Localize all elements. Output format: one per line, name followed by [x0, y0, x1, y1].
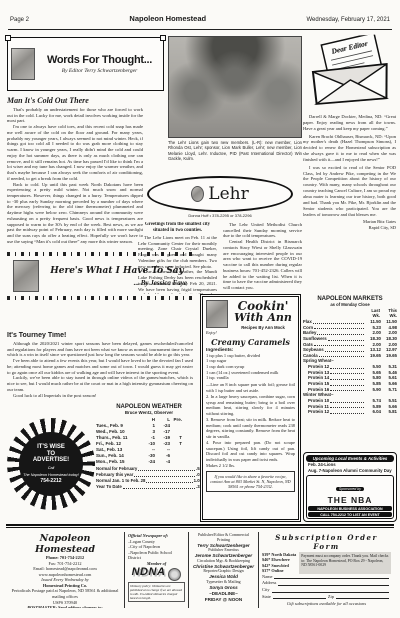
- lehr-column-left: Greetings from the smallest city situate…: [138, 222, 217, 294]
- letter: I was so excited to read of the Senior P…: [303, 165, 396, 218]
- lehr-title: Lehr: [208, 184, 248, 204]
- letter: Karen Bracht Ohlhauser, Bismarck, ND: “U…: [303, 134, 396, 163]
- article-paragraph: That's probably an understatement for th…: [7, 107, 143, 124]
- lehr-paragraph: The Lehr Lions meet on Feb. 11 at the Le…: [138, 235, 217, 269]
- nba-org: NAPOLEON BUSINESS ASSOCIATION: [308, 506, 392, 511]
- frame-knob: [5, 35, 11, 41]
- article-paragraph: I've been able to attend a few events th…: [7, 358, 193, 375]
- article-headline: Man It's Cold Out There: [7, 96, 143, 105]
- article-paragraph: I'm one to always have cold toes, and th…: [7, 124, 143, 181]
- tourney-article: It's Tourney Time! Although the 2020/202…: [7, 332, 193, 402]
- payment-note: Payment must accompany order. Thank you.…: [299, 552, 391, 574]
- recipe-step: 4. Pour into prepared pan. (Do not scrap…: [206, 440, 295, 462]
- nba-name: THE NBA: [308, 495, 392, 505]
- correspondent-headshot-photo: [191, 186, 204, 202]
- lions-photo-block: The Lehr Lions gain two new members. (L-…: [168, 36, 302, 161]
- events-ad-header: Upcoming Local Events & Activities: [306, 455, 394, 462]
- nba-call: CALL 754-2212 TO LIST AN EVENT: [308, 512, 392, 517]
- frame-knob: [160, 35, 166, 41]
- markets-col-headers: Last Wk.This Wk.: [303, 308, 397, 318]
- recipe-step: —Line an 8 inch square pan with foil; gr…: [206, 382, 295, 393]
- weather-summary-row: Year To Date.32: [96, 484, 202, 490]
- markets-box: NAPOLEON MARKETS as of Monday Close Last…: [303, 296, 397, 415]
- lehr-column-right: The Lehr United Methodist Church cancell…: [223, 222, 302, 294]
- sponsored-by-tag: Sponsored by: [336, 487, 364, 491]
- name-input-line[interactable]: [274, 578, 389, 579]
- dear-editor-graphic: Dear Editor: [303, 36, 396, 113]
- lehr-masthead-oval: Lehr: [147, 176, 293, 212]
- recipe-yield: Makes 2 1/2 lbs.: [206, 463, 295, 469]
- subscription-rates: $39* North Dakota $46* Elsewhere $42* Sn…: [262, 552, 296, 574]
- recipe-title: Creamy Caramels: [206, 337, 295, 347]
- article-paragraph: Luckily, we've been able to stay tuned i…: [7, 375, 193, 392]
- deadline-label: –DEADLINE–: [192, 591, 255, 596]
- masthead-name: Napoleon Homestead: [9, 533, 121, 555]
- masthead-double-rule: [6, 524, 394, 528]
- column-byline: By Editor Terry Schwartzenberger: [39, 68, 160, 74]
- masthead-contact: Napoleon Homestead Phone: 701-754-2212 F…: [6, 532, 124, 608]
- ingredient: 1 tsp. vanilla: [206, 375, 295, 381]
- words-for-thought-header: Words For Thought... By Editor Terry Sch…: [7, 37, 164, 91]
- official-item: –Napoleon Public School District: [128, 550, 185, 561]
- ndna-logo: NDNA: [132, 566, 166, 578]
- event-item: Aug. 7-Napoleon Alumni Community Day: [308, 468, 394, 474]
- ad-line: IT'S WISE: [21, 444, 81, 451]
- dear-editor-section: Dear Editor Darrell & Marge Dockter, Med…: [303, 36, 396, 231]
- ad-phone: 754-2212: [21, 478, 81, 484]
- article-paragraph: Although the 2020/2021 winter sport seas…: [7, 341, 193, 358]
- subscription-title: Subscription Order Form: [262, 533, 391, 551]
- form-field-address: Address: [262, 580, 391, 587]
- newspaper-title: Napoleon Homestead: [129, 14, 206, 23]
- letter: Darrell & Marge Dockter, Medina, ND: “Gr…: [303, 114, 396, 132]
- article-paragraph: Back to cold. Up until this past week No…: [7, 182, 143, 245]
- lehr-paragraph: Central Health District in Bismarck cont…: [223, 239, 302, 291]
- events-ad-box: Upcoming Local Events & Activities Feb. …: [303, 452, 397, 522]
- jessica-headshot-photo: [13, 260, 39, 292]
- ad-line: TO: [21, 451, 81, 458]
- cookin-enjoy: Enjoy!: [206, 330, 295, 335]
- address-input-line[interactable]: [278, 585, 389, 586]
- weather-box: NAPOLEON WEATHER Bruce Wentz, Observer H…: [96, 404, 202, 490]
- lehr-paragraph: The Lehr United Methodist Church cancell…: [223, 222, 302, 239]
- deadline-value: FRIDAY @ NOON: [192, 597, 255, 602]
- subscription-form: Subscription Order Form $39* North Dakot…: [258, 532, 394, 608]
- page-header: Page 2 Napoleon Homestead Wednesday, Feb…: [10, 14, 390, 23]
- photo-caption: The Lehr Lions gain two new members. (L-…: [168, 140, 302, 161]
- nba-sponsor-box: Sponsored by THE NBA NAPOLEON BUSINESS A…: [306, 475, 394, 519]
- markets-subtitle: as of Monday Close: [303, 302, 397, 307]
- ann-headshot-photo: [206, 300, 228, 328]
- state-input-line[interactable]: [273, 598, 326, 599]
- letter-signature-city: Rapid City, SD: [303, 225, 396, 231]
- page-number: Page 2: [10, 17, 29, 23]
- gift-note: Gift subscriptions available for all occ…: [262, 601, 391, 606]
- city-input-line[interactable]: [272, 592, 389, 593]
- form-field-name: Name: [262, 574, 391, 581]
- association-seal-icon: [168, 568, 181, 581]
- masthead: Napoleon Homestead Phone: 701-754-2212 F…: [6, 532, 394, 608]
- lehr-news-section: Lehr Donna Huff • 378-2295 or 378-2296 G…: [138, 176, 302, 294]
- advertise-starburst-ad: IT'S WISE TO ADVERTISE! Call The Napoleo…: [7, 418, 95, 510]
- form-field-city: City: [262, 587, 391, 594]
- obituary-policy: Obituary policy: Obituaries are publishe…: [128, 582, 185, 602]
- decorative-border: [7, 296, 193, 300]
- lehr-contact-line: Donna Huff • 378-2295 or 378-2296: [138, 213, 302, 218]
- column-title: Words For Thought...: [39, 54, 160, 66]
- form-field-state-zip: StateZip: [262, 594, 391, 601]
- masthead-official: Official Newspaper of: –Logan County –Ci…: [124, 532, 188, 608]
- article-paragraph: Good luck to all Imperials in the post s…: [7, 393, 193, 399]
- recipe-step: 2. In a large heavy saucepan, combine su…: [206, 394, 295, 416]
- lehr-intro: Greetings from the smallest city situate…: [138, 222, 217, 234]
- weather-observer: Bruce Wentz, Observer: [96, 410, 202, 415]
- words-article: Man It's Cold Out There That's probably …: [7, 96, 143, 246]
- header-rule: [8, 29, 392, 30]
- editor-headshot-photo: [11, 48, 35, 80]
- ad-line: Call: [21, 466, 81, 471]
- lions-group-photo: [168, 36, 302, 138]
- recipe-share-note: If you would like to share a favorite re…: [206, 471, 295, 493]
- cookin-byline: Recipes By Ann Mock: [231, 325, 295, 330]
- recipe-step: 3. Remove from heat; stir in milk. Reduc…: [206, 417, 295, 439]
- ad-line: ADVERTISE!: [21, 457, 81, 464]
- masthead-postage: Periodicals Postage paid at Napoleon, ND…: [9, 588, 121, 599]
- article-headline: It's Tourney Time!: [7, 332, 193, 339]
- masthead-postmaster: POSTMASTER: Send address changes to:: [9, 605, 121, 608]
- column-title-box: Words For Thought... By Editor Terry Sch…: [39, 54, 160, 74]
- cookin-title-line2: With Ann: [231, 312, 295, 324]
- masthead-staff: Publisher/Editor & Commercial Printing T…: [188, 532, 258, 608]
- ad-line: The Napoleon Homestead today!: [21, 473, 81, 478]
- market-row: Protein 126.045.81: [303, 409, 397, 415]
- lehr-paragraph: Due to the cold weather, the Mundt Lake …: [138, 269, 217, 294]
- zip-input-line[interactable]: [336, 598, 389, 599]
- issue-date: Wednesday, February 17, 2021: [307, 17, 391, 23]
- cookin-with-ann-box: Cookin' With Ann Recipes By Ann Mock Enj…: [200, 294, 301, 522]
